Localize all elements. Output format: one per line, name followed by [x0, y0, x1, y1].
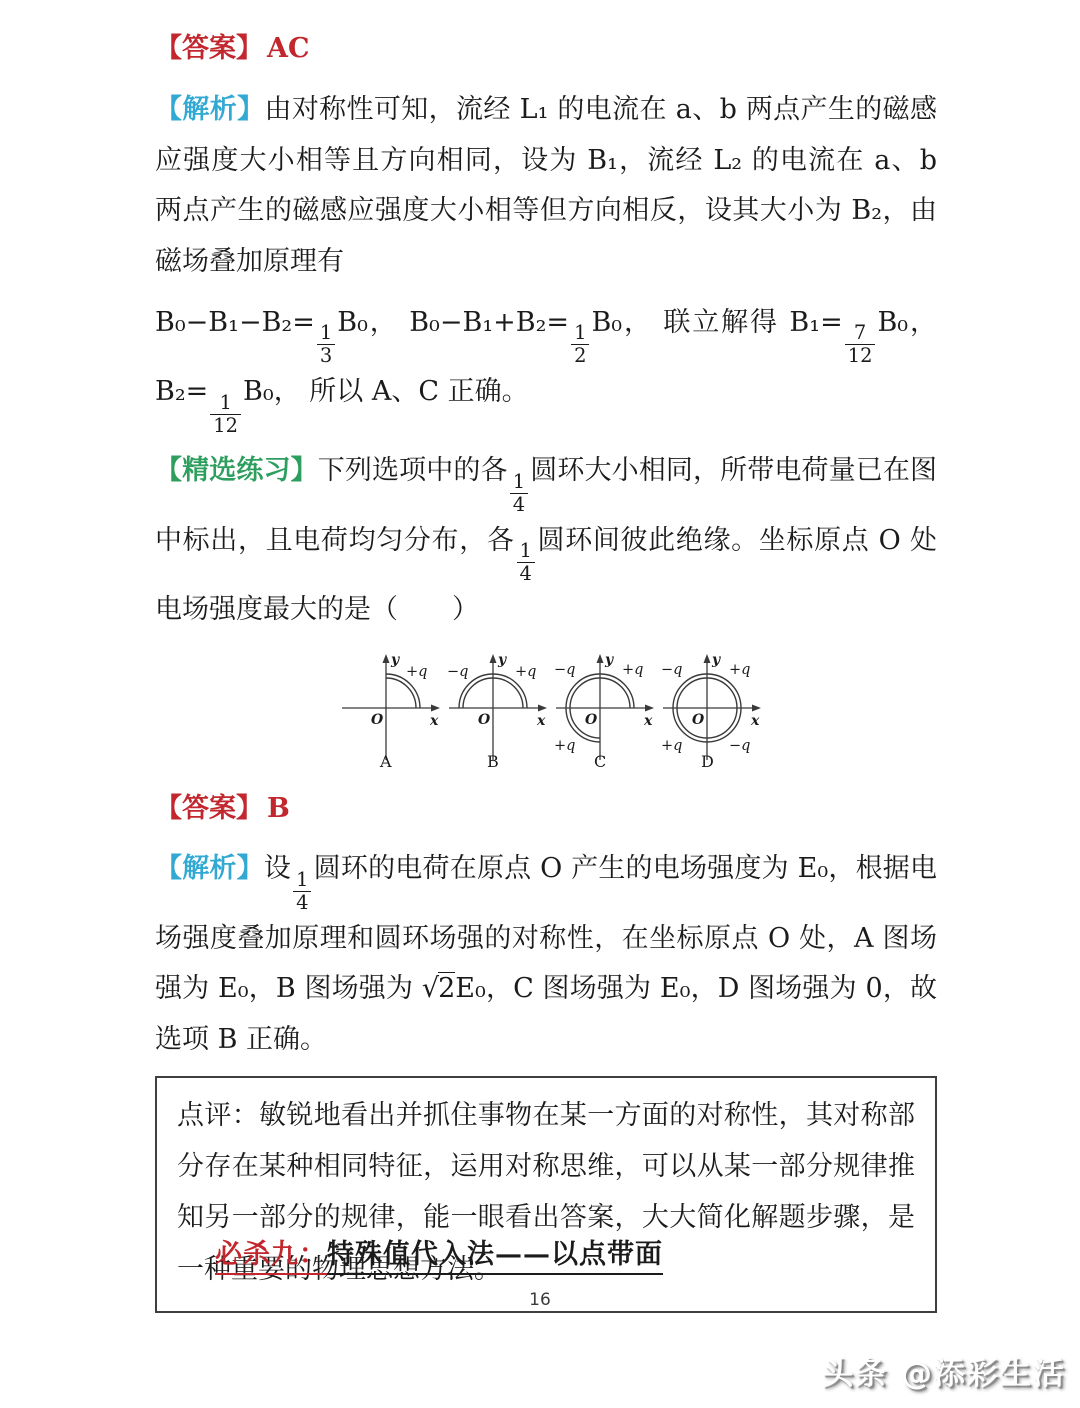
formula-paragraph: B₀−B₁−B₂=13B₀， B₀−B₁+B₂=12B₀， 联立解得 B₁=71…	[155, 298, 937, 437]
answer-value: AC	[263, 33, 309, 64]
fraction-1-2: 12	[571, 322, 589, 367]
practice-paragraph: 【精选练习】下列选项中的各14圆环大小相同，所带电荷量已在图中标出，且电荷均匀分…	[155, 446, 937, 635]
y-axis-label: y	[497, 652, 507, 668]
x-axis-label: x	[429, 713, 439, 729]
option-letter: B	[487, 752, 499, 770]
analysis-paragraph-1: 【解析】由对称性可知，流经 L₁ 的电流在 a、b 两点产生的磁感应强度大小相等…	[155, 85, 937, 288]
watermark: 头条 @添彩生活	[822, 1348, 1066, 1393]
section-name: 特殊值代入法——以点带面	[327, 1239, 663, 1275]
square-root: √2	[422, 973, 455, 1004]
y-axis-label: y	[390, 652, 400, 668]
fraction-1-12: 112	[210, 392, 241, 437]
equation-1-lhs: B₀−B₁−B₂=	[155, 307, 315, 338]
fraction-1-4: 14	[517, 540, 535, 585]
y-axis-label: y	[711, 652, 721, 668]
y-axis-arrow-icon	[383, 654, 390, 663]
option-diagrams: O x y +q A O x y −q +q B	[165, 646, 937, 770]
charge-label-lr: −q	[729, 738, 750, 754]
y-axis-label: y	[604, 652, 614, 668]
practice-text-1: 下列选项中的各	[318, 455, 508, 486]
equation-3-rhs: B₀，	[877, 307, 937, 338]
origin-label: O	[585, 712, 598, 728]
document-page: 【答案】AC 【解析】由对称性可知，流经 L₁ 的电流在 a、b 两点产生的磁感…	[155, 24, 937, 1313]
charge-label-ll: +q	[554, 738, 575, 754]
answer-tag: 【答案】	[155, 33, 263, 64]
equation-3-lhs: 联立解得 B₁=	[663, 307, 842, 338]
option-letter: D	[701, 752, 714, 770]
equation-2-lhs: B₀−B₁+B₂=	[409, 307, 569, 338]
charge-label-ll: +q	[661, 738, 682, 754]
charge-label-ur: +q	[406, 664, 427, 680]
x-axis-label: x	[643, 713, 653, 729]
x-axis-arrow-icon	[431, 704, 440, 711]
analysis-text: 由对称性可知，流经 L₁ 的电流在 a、b 两点产生的磁感应强度大小相等且方向相…	[155, 94, 937, 277]
fraction-1-4: 14	[293, 869, 311, 914]
equation-4-lhs: B₂=	[155, 376, 208, 407]
x-axis-label: x	[536, 713, 546, 729]
y-axis-arrow-icon	[490, 654, 497, 663]
y-axis-arrow-icon	[704, 654, 711, 663]
section-number: 必杀九：	[215, 1239, 327, 1275]
option-letter: C	[594, 752, 606, 770]
y-axis-arrow-icon	[597, 654, 604, 663]
x-axis-label: x	[750, 713, 760, 729]
origin-label: O	[371, 712, 384, 728]
charge-label-ul: −q	[447, 664, 468, 680]
practice-tag: 【精选练习】	[155, 455, 318, 486]
answer-line-1: 【答案】AC	[155, 24, 937, 75]
origin-label: O	[692, 712, 705, 728]
charge-label-ur: +q	[515, 664, 536, 680]
analysis-tag: 【解析】	[155, 94, 264, 125]
answer-tag: 【答案】	[155, 793, 263, 824]
radical-icon: √	[422, 973, 439, 1004]
comment-box: 点评：敏锐地看出并抓住事物在某一方面的对称性，其对称部分存在某种相同特征，运用对…	[155, 1076, 937, 1313]
page-number: 16	[0, 1290, 1080, 1310]
formula-conclusion: 所以 A、C 正确。	[309, 376, 528, 407]
charge-label-ul: −q	[661, 662, 682, 678]
charge-label-ur: +q	[622, 662, 643, 678]
fraction-1-3: 13	[317, 322, 335, 367]
x-axis-arrow-icon	[752, 704, 761, 711]
analysis-paragraph-2: 【解析】设14圆环的电荷在原点 O 产生的电场强度为 E₀，根据电场强度叠加原理…	[155, 844, 937, 1066]
next-section-title: 必杀九：特殊值代入法——以点带面	[215, 1232, 663, 1271]
fraction-7-12: 712	[845, 322, 876, 367]
diagram-option-c: O x y −q +q +q C	[552, 646, 657, 770]
x-axis-arrow-icon	[538, 704, 547, 711]
analysis-tag: 【解析】	[155, 853, 264, 884]
charge-label-ur: +q	[729, 662, 750, 678]
analysis-text-1: 设	[264, 853, 291, 884]
charge-label-ul: −q	[554, 662, 575, 678]
answer-line-2: 【答案】B	[155, 784, 937, 835]
diagram-option-b: O x y −q +q B	[445, 646, 550, 770]
answer-value: B	[263, 793, 290, 824]
equation-2-rhs: B₀，	[591, 307, 663, 338]
fraction-1-4: 14	[510, 471, 528, 516]
option-letter: A	[379, 752, 392, 770]
origin-label: O	[478, 712, 491, 728]
equation-1-rhs: B₀，	[337, 307, 409, 338]
x-axis-arrow-icon	[645, 704, 654, 711]
diagram-option-a: O x y +q A	[338, 646, 443, 770]
equation-4-rhs: B₀，	[243, 376, 309, 407]
diagram-option-d: O x y −q +q +q −q D	[659, 646, 764, 770]
